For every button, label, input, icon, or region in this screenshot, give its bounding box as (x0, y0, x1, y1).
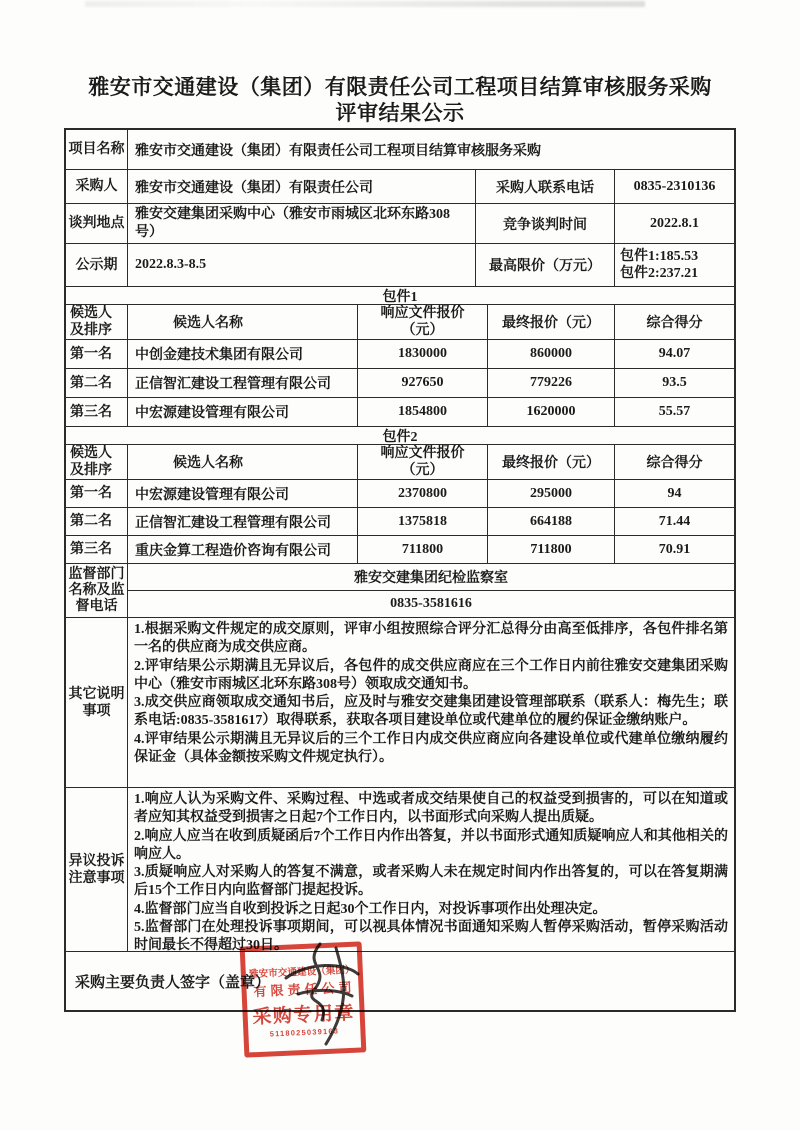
score-cell: 71.44 (615, 508, 734, 535)
handwritten-signature (268, 932, 378, 1052)
bid-price-cell: 1830000 (358, 340, 488, 368)
supervision-values: 雅安交建集团纪检监察室 0835-3581616 (128, 564, 734, 617)
candidate-name-cell: 正信智汇建设工程管理有限公司 (128, 369, 358, 397)
candidate-name-cell: 中宏源建设管理有限公司 (128, 480, 358, 507)
score-cell: 93.5 (615, 369, 734, 397)
max-price-package1: 包件1:185.53 (620, 248, 698, 265)
venue-label: 谈判地点 (66, 204, 128, 243)
project-name-value: 雅安市交通建设（集团）有限责任公司工程项目结算审核服务采购 (128, 130, 734, 169)
header-bid-line2: （元） (402, 322, 444, 339)
other-note-3: 3.成交供应商领取成交通知书后，应及时与雅安交建集团建设管理部联系（联系人：梅先… (128, 694, 734, 731)
header-rank: 候选人及排序 (66, 445, 128, 479)
document-page: 雅安市交通建设（集团）有限责任公司工程项目结算审核服务采购 评审结果公示 项目名… (0, 0, 800, 1131)
package1-banner: 包件1 (66, 287, 734, 304)
bid-price-cell: 927650 (358, 369, 488, 397)
max-price-label: 最高限价（万元） (476, 244, 615, 286)
header-rank: 候选人及排序 (66, 305, 128, 339)
max-price-value: 包件1:185.53 包件2:237.21 (615, 244, 734, 286)
row-package1-banner: 包件1 (66, 287, 734, 305)
negotiation-time-value: 2022.8.1 (615, 204, 734, 243)
candidate-name-cell: 中创金建技术集团有限公司 (128, 340, 358, 368)
row-project-name: 项目名称 雅安市交通建设（集团）有限责任公司工程项目结算审核服务采购 (66, 130, 734, 170)
result-table: 项目名称 雅安市交通建设（集团）有限责任公司工程项目结算审核服务采购 采购人 雅… (64, 128, 736, 1012)
final-price-cell: 779226 (488, 369, 615, 397)
signature-label: 采购主要负责人签字（盖章） (66, 952, 734, 1010)
header-candidate-name: 候选人名称 (128, 445, 358, 479)
row-signature: 采购主要负责人签字（盖章） (66, 952, 734, 1010)
project-name-label: 项目名称 (66, 130, 128, 169)
package1-row-3: 第三名 中宏源建设管理有限公司 1854800 1620000 55.57 (66, 398, 734, 427)
other-note-4: 4.评审结果公示期满且无异议后的三个工作日内成交供应商应向各建设单位或代建单位缴… (128, 731, 734, 768)
other-note-2: 2.评审结果公示期满且无异议后，各包件的成交供应商应在三个工作日内前往雅安交建集… (128, 658, 734, 695)
objection-label: 异议投诉注意事项 (66, 788, 128, 951)
final-price-cell: 860000 (488, 340, 615, 368)
bid-price-cell: 711800 (358, 536, 488, 563)
other-notes-label: 其它说明事项 (66, 618, 128, 787)
title-line-2: 评审结果公示 (0, 100, 800, 126)
row-package2-banner: 包件2 (66, 427, 734, 445)
scan-artifact (85, 1, 645, 7)
supervision-phone: 0835-3581616 (128, 591, 734, 617)
bid-price-cell: 1375818 (358, 508, 488, 535)
package1-row-2: 第二名 正信智汇建设工程管理有限公司 927650 779226 93.5 (66, 369, 734, 398)
period-value: 2022.8.3-8.5 (128, 244, 476, 286)
candidate-name-cell: 中宏源建设管理有限公司 (128, 398, 358, 426)
header-final-price: 最终报价（元） (488, 305, 615, 339)
contact-phone-value: 0835-2310136 (615, 170, 734, 203)
header-bid-line1: 响应文件报价 (381, 305, 465, 322)
header-bid-price: 响应文件报价 （元） (358, 445, 488, 479)
header-bid-price: 响应文件报价 （元） (358, 305, 488, 339)
bid-price-cell: 1854800 (358, 398, 488, 426)
rank-cell: 第三名 (66, 536, 128, 563)
purchaser-value: 雅安市交通建设（集团）有限责任公司 (128, 170, 476, 203)
purchaser-label: 采购人 (66, 170, 128, 203)
objection-note-4: 4.监督部门应当自收到投诉之日起30个工作日内，对投诉事项作出处理决定。 (128, 901, 734, 919)
header-bid-line1: 响应文件报价 (381, 445, 465, 462)
period-label: 公示期 (66, 244, 128, 286)
contact-phone-label: 采购人联系电话 (476, 170, 615, 203)
row-purchaser: 采购人 雅安市交通建设（集团）有限责任公司 采购人联系电话 0835-23101… (66, 170, 734, 204)
rank-cell: 第一名 (66, 480, 128, 507)
score-cell: 55.57 (615, 398, 734, 426)
supervision-label: 监督部门名称及监督电话 (66, 564, 128, 617)
candidate-name-cell: 重庆金算工程造价咨询有限公司 (128, 536, 358, 563)
row-other-notes: 其它说明事项 1.根据采购文件规定的成交原则，评审小组按照综合评分汇总得分由高至… (66, 618, 734, 788)
row-package2-header: 候选人及排序 候选人名称 响应文件报价 （元） 最终报价（元） 综合得分 (66, 445, 734, 480)
objection-note-1: 1.响应人认为采购文件、采购过程、中选或者成交结果使自己的权益受到损害的，可以在… (128, 791, 734, 828)
package2-banner: 包件2 (66, 427, 734, 444)
header-score: 综合得分 (615, 445, 734, 479)
bid-price-cell: 2370800 (358, 480, 488, 507)
page-title: 雅安市交通建设（集团）有限责任公司工程项目结算审核服务采购 评审结果公示 (0, 74, 800, 126)
final-price-cell: 295000 (488, 480, 615, 507)
final-price-cell: 1620000 (488, 398, 615, 426)
rank-cell: 第一名 (66, 340, 128, 368)
score-cell: 94 (615, 480, 734, 507)
header-score: 综合得分 (615, 305, 734, 339)
supervision-department: 雅安交建集团纪检监察室 (128, 564, 734, 591)
title-line-1: 雅安市交通建设（集团）有限责任公司工程项目结算审核服务采购 (0, 74, 800, 100)
header-candidate-name: 候选人名称 (128, 305, 358, 339)
package1-row-1: 第一名 中创金建技术集团有限公司 1830000 860000 94.07 (66, 340, 734, 369)
package2-row-2: 第二名 正信智汇建设工程管理有限公司 1375818 664188 71.44 (66, 508, 734, 536)
final-price-cell: 664188 (488, 508, 615, 535)
other-notes-content: 1.根据采购文件规定的成交原则，评审小组按照综合评分汇总得分由高至低排序，各包件… (128, 618, 734, 787)
row-venue: 谈判地点 雅安交建集团采购中心（雅安市雨城区北环东路308号） 竞争谈判时间 2… (66, 204, 734, 244)
score-cell: 94.07 (615, 340, 734, 368)
rank-cell: 第三名 (66, 398, 128, 426)
header-final-price: 最终报价（元） (488, 445, 615, 479)
row-package1-header: 候选人及排序 候选人名称 响应文件报价 （元） 最终报价（元） 综合得分 (66, 305, 734, 340)
rank-cell: 第二名 (66, 508, 128, 535)
package2-row-3: 第三名 重庆金算工程造价咨询有限公司 711800 711800 70.91 (66, 536, 734, 564)
row-objection-notes: 异议投诉注意事项 1.响应人认为采购文件、采购过程、中选或者成交结果使自己的权益… (66, 788, 734, 952)
header-bid-line2: （元） (402, 462, 444, 479)
max-price-package2: 包件2:237.21 (620, 265, 698, 282)
rank-cell: 第二名 (66, 369, 128, 397)
objection-content: 1.响应人认为采购文件、采购过程、中选或者成交结果使自己的权益受到损害的，可以在… (128, 788, 734, 951)
final-price-cell: 711800 (488, 536, 615, 563)
objection-note-5: 5.监督部门在处理投诉事项期间，可以视具体情况书面通知采购人暂停采购活动，暂停采… (128, 919, 734, 951)
venue-value: 雅安交建集团采购中心（雅安市雨城区北环东路308号） (128, 204, 476, 243)
package2-row-1: 第一名 中宏源建设管理有限公司 2370800 295000 94 (66, 480, 734, 508)
row-publicity-period: 公示期 2022.8.3-8.5 最高限价（万元） 包件1:185.53 包件2… (66, 244, 734, 287)
objection-note-3: 3.质疑响应人对采购人的答复不满意，或者采购人未在规定时间内作出答复的，可以在答… (128, 864, 734, 901)
candidate-name-cell: 正信智汇建设工程管理有限公司 (128, 508, 358, 535)
row-supervision: 监督部门名称及监督电话 雅安交建集团纪检监察室 0835-3581616 (66, 564, 734, 618)
negotiation-time-label: 竞争谈判时间 (476, 204, 615, 243)
score-cell: 70.91 (615, 536, 734, 563)
other-note-1: 1.根据采购文件规定的成交原则，评审小组按照综合评分汇总得分由高至低排序，各包件… (128, 621, 734, 658)
objection-note-2: 2.响应人应当在收到质疑函后7个工作日内作出答复，并以书面形式通知质疑响应人和其… (128, 828, 734, 865)
